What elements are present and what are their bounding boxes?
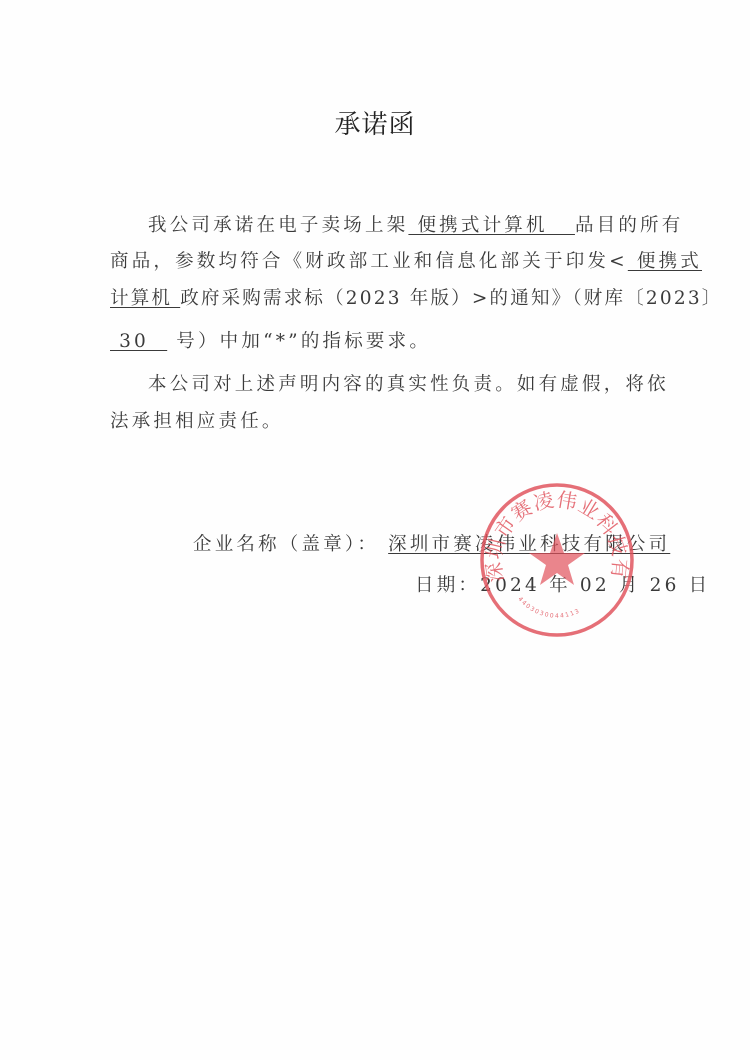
text: 品目的所有	[575, 215, 684, 236]
paragraph1-line1: 我公司承诺在电子卖场上架 便携式计算机 品目的所有	[148, 215, 683, 237]
date-label: 日期：	[415, 575, 480, 596]
paragraph2-line1: 本公司对上述声明内容的真实性负责。如有虚假，将依	[148, 374, 669, 396]
paragraph1-line4: 30 号）中加“*”的指标要求。	[110, 331, 431, 353]
document-number-field: 30	[110, 331, 167, 352]
paragraph1-line2: 商品，参数均符合《财政部工业和信息化部关于印发< 便携式	[110, 251, 702, 273]
text: 号）中加“*”的指标要求。	[167, 331, 431, 352]
product-name-field: 便携式计算机	[408, 215, 575, 236]
paragraph2-line2: 法承担相应责任。	[110, 411, 284, 433]
document-title: 承诺函	[0, 104, 750, 141]
product-name-field: 计算机	[110, 288, 180, 309]
company-seal-stamp: 深圳市赛凌伟业科技有限公司 4403030044113	[478, 481, 636, 639]
text: 商品，参数均符合《财政部工业和信息化部关于印发<	[110, 251, 628, 272]
company-label: 企业名称（盖章）：	[193, 534, 379, 555]
product-name-field: 便携式	[628, 251, 702, 272]
paragraph1-line3: 计算机 政府采购需求标（2023 年版）>的通知》（财库〔2023〕	[110, 288, 722, 310]
seal-code: 4403030044113	[516, 596, 581, 620]
text: 我公司承诺在电子卖场上架	[148, 215, 408, 236]
text: 政府采购需求标（2023 年版）>的通知》（财库〔2023〕	[180, 288, 722, 309]
